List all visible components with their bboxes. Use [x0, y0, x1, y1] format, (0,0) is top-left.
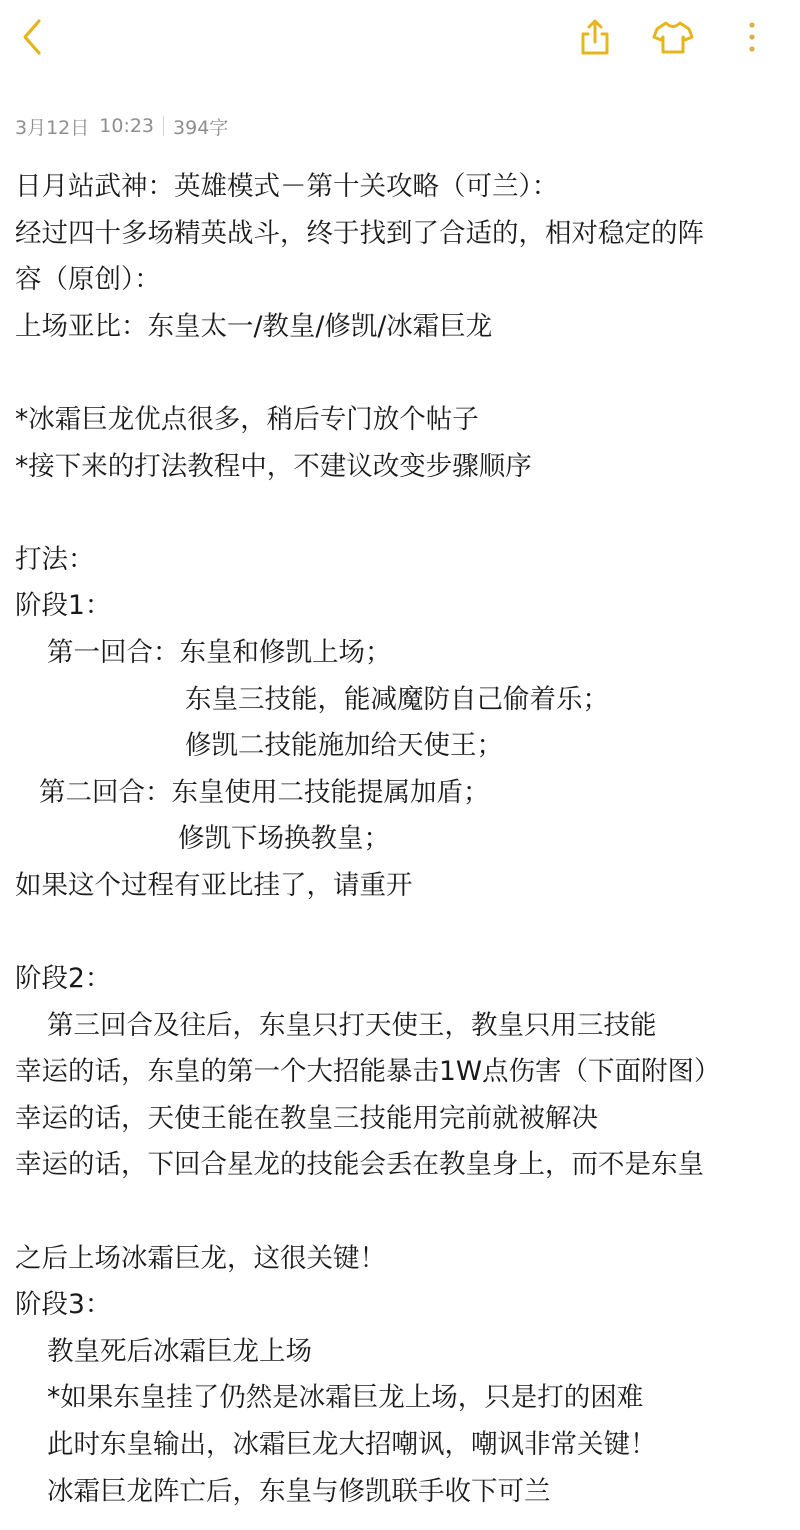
blank-line [15, 490, 795, 537]
note-line: *如果东皇挂了仍然是冰霜巨龙上场，只是打的困难 [15, 1375, 795, 1422]
note-line: *冰霜巨龙优点很多，稍后专门放个帖子 [15, 397, 795, 444]
share-icon [577, 17, 613, 57]
note-line: 打法： [15, 537, 795, 584]
blank-line [15, 910, 795, 957]
note-line: 第三回合及往后，东皇只打天使王，教皇只用三技能 [15, 1003, 795, 1050]
share-button[interactable] [572, 14, 618, 60]
note-line: 阶段3： [15, 1282, 795, 1329]
note-time: 10:23 [99, 115, 154, 137]
note-line: 幸运的话，东皇的第一个大招能暴击1W点伤害（下面附图） [15, 1049, 795, 1096]
note-line: 冰霜巨龙阵亡后，东皇与修凯联手收下可兰 [15, 1469, 795, 1516]
more-button[interactable] [734, 14, 770, 60]
note-line: *接下来的打法教程中，不建议改变步骤顺序 [15, 444, 795, 491]
note-line: 幸运的话，下回合星龙的技能会丢在教皇身上，而不是东皇 [15, 1142, 795, 1189]
more-vertical-icon [747, 19, 757, 55]
note-line: 上场亚比：东皇太一/教皇/修凯/冰霜巨龙 [15, 304, 795, 351]
note-line: 幸运的话，天使王能在教皇三技能用完前就被解决 [15, 1096, 795, 1143]
note-line: 修凯二技能施加给天使王； [15, 723, 795, 770]
top-toolbar [0, 0, 800, 80]
note-line: 阶段1： [15, 583, 795, 630]
tshirt-icon [651, 17, 695, 57]
note-line: 阶段2： [15, 956, 795, 1003]
blank-line [15, 1189, 795, 1236]
note-line: 东皇三技能，能减魔防自己偷着乐； [15, 677, 795, 724]
meta-divider [163, 116, 164, 136]
note-line: 之后上场冰霜巨龙，这很关键！ [15, 1236, 795, 1283]
back-button[interactable] [12, 14, 52, 60]
note-line: 第二回合：东皇使用二技能提属加盾； [15, 770, 795, 817]
theme-button[interactable] [648, 14, 698, 60]
note-line: 容（原创）： [15, 257, 795, 304]
note-line: 经过四十多场精英战斗，终于找到了合适的，相对稳定的阵 [15, 211, 795, 258]
note-body[interactable]: 日月站武神：英雄模式－第十关攻略（可兰）：经过四十多场精英战斗，终于找到了合适的… [15, 164, 795, 1515]
note-meta: 3月12日 10:23 394字 [15, 111, 228, 141]
note-date: 3月12日 [15, 113, 89, 140]
word-count: 394字 [173, 113, 228, 140]
note-line: 第一回合：东皇和修凯上场； [15, 630, 795, 677]
note-line: 此时东皇输出，冰霜巨龙大招嘲讽，嘲讽非常关键！ [15, 1422, 795, 1469]
blank-line [15, 350, 795, 397]
note-line: 日月站武神：英雄模式－第十关攻略（可兰）： [15, 164, 795, 211]
note-line: 修凯下场换教皇； [15, 816, 795, 863]
note-line: 如果这个过程有亚比挂了，请重开 [15, 863, 795, 910]
chevron-left-icon [19, 17, 45, 57]
note-line: 教皇死后冰霜巨龙上场 [15, 1329, 795, 1376]
